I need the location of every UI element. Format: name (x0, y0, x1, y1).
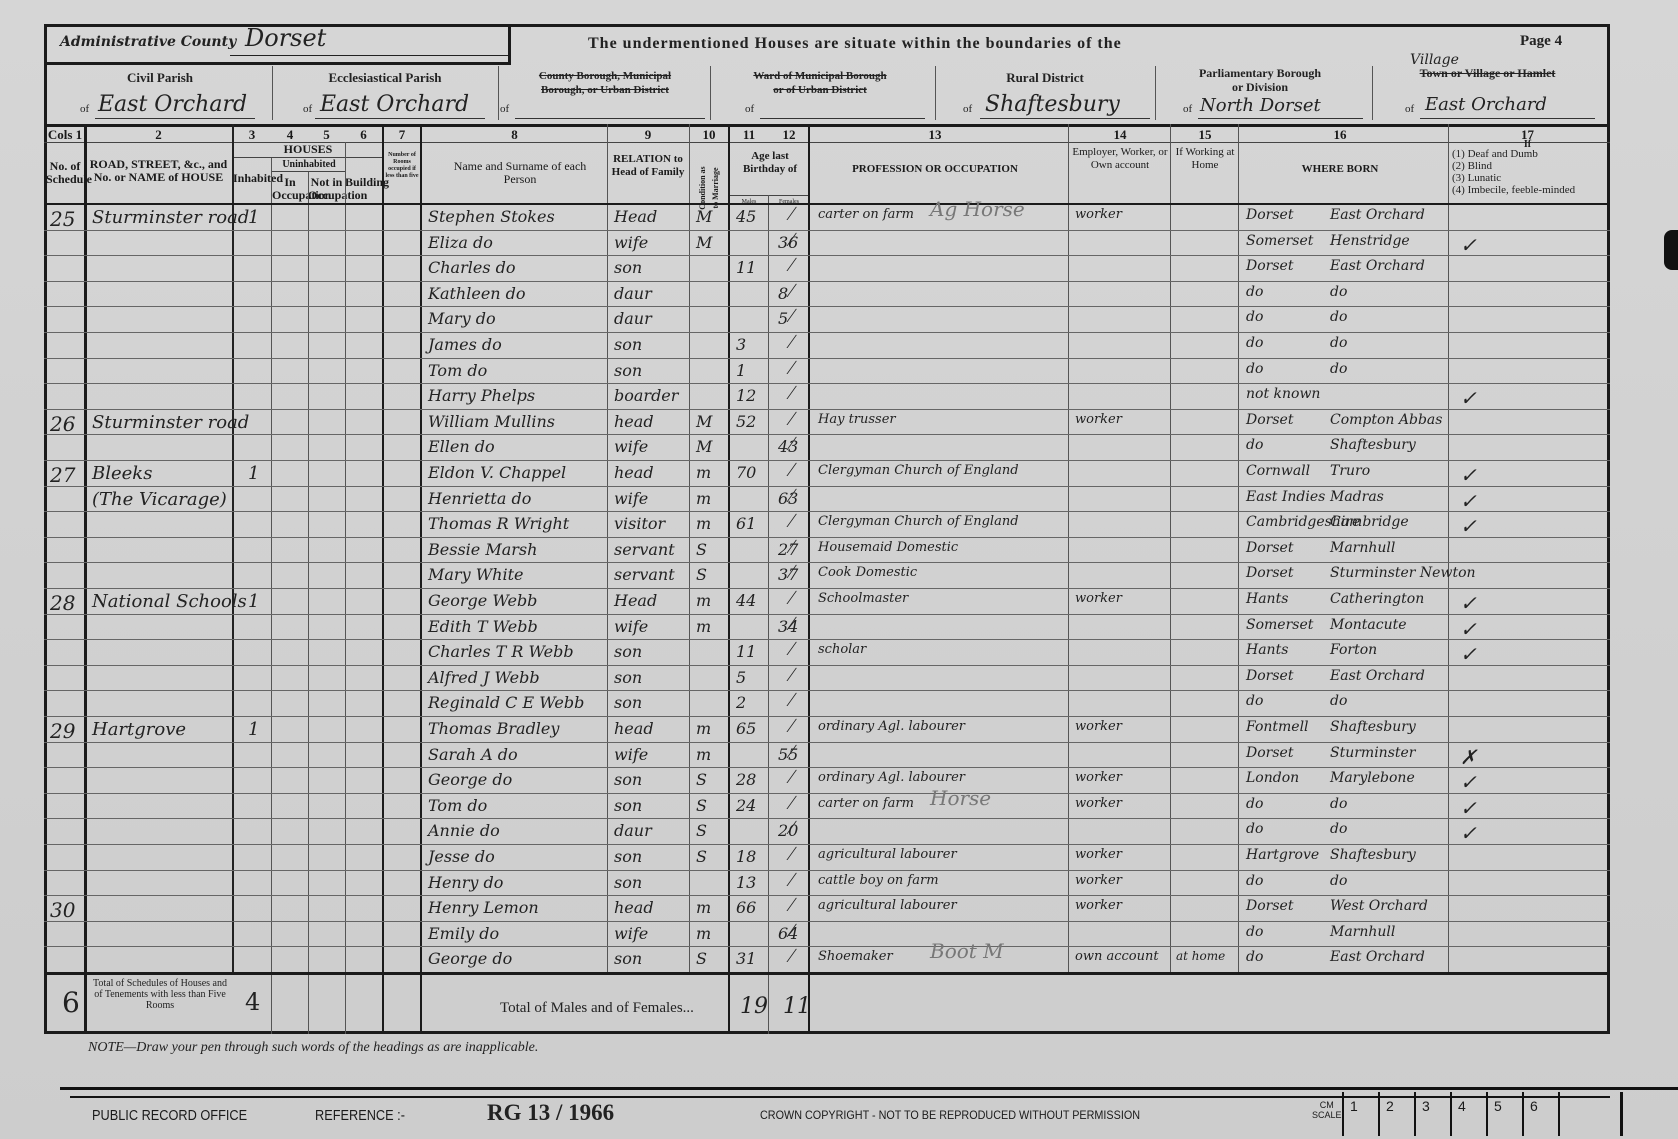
condition-cell: m (696, 591, 726, 610)
parl-label-2: or Division (1165, 80, 1355, 95)
born-place-cell: do (1330, 873, 1448, 889)
relation-cell: son (614, 873, 688, 892)
table-row: Ellen dowifeM43doShaftesbury∕ (0, 435, 1678, 461)
eccl-parish-value: East Orchard (320, 92, 469, 117)
born-place-cell: Sturminster (1330, 745, 1448, 761)
born-county-cell: Dorset (1246, 898, 1341, 914)
civil-parish-value: East Orchard (98, 92, 247, 117)
col-infirmity-header: (1) Deaf and Dumb (2) Blind (3) Lunatic … (1452, 148, 1607, 196)
born-county-cell: Dorset (1246, 745, 1341, 761)
male-age-cell: 13 (736, 873, 766, 892)
name-cell: Charles do (428, 258, 606, 277)
male-age-cell: 65 (736, 719, 766, 738)
relation-cell: daur (614, 284, 688, 303)
born-place-cell: do (1330, 821, 1448, 837)
born-place-cell: Catherington (1330, 591, 1448, 607)
inhabited-cell: 1 (248, 207, 268, 228)
name-cell: Kathleen do (428, 284, 606, 303)
col-occupation-header: PROFESSION OR OCCUPATION (810, 163, 1060, 176)
male-age-cell: 3 (736, 335, 766, 354)
born-place-cell: do (1330, 361, 1448, 377)
tally-mark-icon: ∕ (790, 459, 793, 482)
relation-cell: son (614, 949, 688, 968)
table-row: 30Henry Lemonheadm66agricultural laboure… (0, 896, 1678, 922)
occupation-cell: ordinary Agl. labourer (818, 719, 1063, 734)
of-label: of (500, 103, 509, 115)
name-cell: Sarah A do (428, 745, 606, 764)
name-cell: James do (428, 335, 606, 354)
footer-copyright: CROWN COPYRIGHT - NOT TO BE REPRODUCED W… (760, 1108, 1140, 1122)
occupation-cell: Clergyman Church of England (818, 463, 1063, 478)
born-place-cell: Compton Abbas (1330, 412, 1448, 428)
condition-cell: m (696, 898, 726, 917)
table-row: Charles T R Webbson11scholarHantsForton✓… (0, 640, 1678, 666)
schedule-cell: 27 (50, 463, 78, 487)
relation-cell: son (614, 668, 688, 687)
born-county-cell: Hants (1246, 642, 1341, 658)
col-where-born-header: WHERE BORN (1240, 163, 1440, 176)
admin-county-box-bottom (44, 62, 511, 65)
scale-box: 3 (1414, 1092, 1450, 1136)
col-num-10: 10 (690, 127, 728, 143)
born-place-cell: Madras (1330, 489, 1448, 505)
table-row: Edith T Webbwifem34SomersetMontacute✓∕ (0, 615, 1678, 641)
divider (272, 66, 273, 120)
inhabited-cell: 1 (248, 719, 268, 740)
name-cell: Tom do (428, 796, 606, 815)
table-row: Henry doson13cattle boy on farmworkerdod… (0, 871, 1678, 897)
born-county-cell: London (1246, 770, 1341, 786)
tally-mark-icon: ∕ (790, 203, 793, 226)
eccl-parish-label: Ecclesiastical Parish (285, 70, 485, 86)
relation-cell: wife (614, 924, 688, 943)
tally-mark-icon: ∕ (790, 869, 793, 892)
name-cell: Tom do (428, 361, 606, 380)
address-cell: Hartgrove (92, 719, 232, 740)
occupation-cell: Hay trusser (818, 412, 1063, 427)
born-place-cell: Cambridge (1330, 514, 1448, 530)
employment-cell: worker (1075, 412, 1170, 427)
relation-cell: son (614, 642, 688, 661)
occupation-cell: cattle boy on farm (818, 873, 1063, 888)
underline (1420, 118, 1595, 119)
col-address-header: ROAD, STREET, &c., and No. or NAME of HO… (86, 158, 231, 184)
name-cell: Charles T R Webb (428, 642, 606, 661)
table-row: 29Hartgrove1Thomas Bradleyheadm65ordinar… (0, 717, 1678, 743)
male-age-cell: 11 (736, 258, 766, 277)
male-age-cell: 70 (736, 463, 766, 482)
address-cell: (The Vicarage) (92, 489, 232, 510)
occupation-cell: Clergyman Church of England (818, 514, 1063, 529)
tally-mark-icon: ∕ (790, 510, 793, 533)
relation-cell: head (614, 463, 688, 482)
table-row: Jesse dosonS18agricultural labourerworke… (0, 845, 1678, 871)
relation-cell: visitor (614, 514, 688, 533)
male-age-cell: 44 (736, 591, 766, 610)
born-place-cell: do (1330, 335, 1448, 351)
tally-mark-icon: ∕ (790, 305, 793, 328)
name-cell: Edith T Webb (428, 617, 606, 636)
occupation-cell: agricultural labourer (818, 847, 1063, 862)
born-county-cell: do (1246, 335, 1341, 351)
totals-label: Total of Males and of Females... (500, 1000, 694, 1017)
col-num-8: 8 (422, 127, 607, 143)
condition-cell: S (696, 540, 726, 559)
occupation-annotation: Boot M (930, 939, 1004, 963)
table-row: 25Sturminster road1Stephen StokesHeadM45… (0, 205, 1678, 231)
col-num-13: 13 (810, 127, 1060, 143)
born-county-cell: Hartgrove (1246, 847, 1341, 863)
tally-mark-icon: ∕ (790, 792, 793, 815)
born-county-cell: East Indies (1246, 489, 1341, 505)
col-building-header: Building (345, 176, 382, 189)
employment-cell: worker (1075, 591, 1170, 606)
table-row: (The Vicarage)Henrietta dowifem63East In… (0, 487, 1678, 513)
town-value: East Orchard (1425, 94, 1547, 115)
condition-cell: m (696, 719, 726, 738)
table-row: 28National Schools1George WebbHeadm44Sch… (0, 589, 1678, 615)
occupation-annotation: Ag Horse (930, 197, 1025, 221)
schedule-cell: 28 (50, 591, 78, 615)
county-borough-label-1: County Borough, Municipal (505, 70, 705, 82)
underline (515, 118, 705, 119)
infirmity-option-4: (4) Imbecile, feeble-minded (1452, 184, 1607, 196)
born-county-cell: Cornwall (1246, 463, 1341, 479)
relation-cell: son (614, 258, 688, 277)
employment-cell: worker (1075, 898, 1170, 913)
born-place-cell: do (1330, 693, 1448, 709)
relation-cell: head (614, 898, 688, 917)
born-county-cell: Dorset (1246, 258, 1341, 274)
underline (760, 118, 925, 119)
born-county-cell: do (1246, 693, 1341, 709)
divider (710, 66, 711, 120)
table-row: George dosonS28ordinary Agl. labourerwor… (0, 768, 1678, 794)
of-label: of (80, 103, 89, 115)
footer-reference-label: REFERENCE :- (315, 1107, 405, 1124)
occupation-cell: Housemaid Domestic (818, 540, 1063, 555)
occupation-cell: scholar (818, 642, 1063, 657)
name-cell: Ellen do (428, 437, 606, 456)
infirmity-cell: ✓ (1460, 233, 1500, 257)
col-num-16: 16 (1240, 127, 1440, 143)
male-age-cell: 2 (736, 693, 766, 712)
tally-mark-icon: ∕ (790, 817, 793, 840)
born-place-cell: Henstridge (1330, 233, 1448, 249)
table-row: Bessie MarshservantS27Housemaid Domestic… (0, 538, 1678, 564)
born-county-cell: do (1246, 796, 1341, 812)
total-males: 19 (740, 994, 768, 1019)
infirmity-cell: ✓ (1460, 796, 1500, 820)
infirmity-option-1: (1) Deaf and Dumb (1452, 148, 1607, 160)
admin-county-label: Administrative County (60, 34, 236, 50)
col-num-2: 2 (86, 127, 231, 143)
table-row: Kathleen dodaur8dodo∕ (0, 282, 1678, 308)
footer-office: PUBLIC RECORD OFFICE (92, 1107, 247, 1124)
of-label: of (1405, 103, 1414, 115)
table-row: Alfred J Webbson5DorsetEast Orchard∕ (0, 666, 1678, 692)
schedule-cell: 25 (50, 207, 78, 231)
condition-cell: S (696, 565, 726, 584)
name-cell: George do (428, 949, 606, 968)
name-cell: Emily do (428, 924, 606, 943)
scale-box: 2 (1378, 1092, 1414, 1136)
employment-cell: own account (1075, 949, 1170, 964)
relation-cell: son (614, 335, 688, 354)
male-age-cell: 45 (736, 207, 766, 226)
underline (980, 118, 1150, 119)
table-row: George dosonS31Shoemakerown accountat ho… (0, 947, 1678, 973)
of-label: of (303, 103, 312, 115)
infirmity-cell: ✓ (1460, 591, 1500, 615)
employment-cell: worker (1075, 719, 1170, 734)
born-place-cell: Marnhull (1330, 540, 1448, 556)
tally-mark-icon: ∕ (790, 638, 793, 661)
name-cell: Reginald C E Webb (428, 693, 606, 712)
relation-cell: daur (614, 309, 688, 328)
condition-cell: S (696, 821, 726, 840)
born-place-cell: Shaftesbury (1330, 719, 1448, 735)
address-cell: Bleeks (92, 463, 232, 484)
col-num-7: 7 (384, 127, 420, 143)
male-age-cell: 5 (736, 668, 766, 687)
condition-cell: m (696, 489, 726, 508)
condition-cell: S (696, 949, 726, 968)
name-cell: Mary White (428, 565, 606, 584)
name-cell: Jesse do (428, 847, 606, 866)
table-row: Reginald C E Webbson2dodo∕ (0, 691, 1678, 717)
relation-cell: son (614, 796, 688, 815)
tally-mark-icon: ∕ (790, 766, 793, 789)
cm-scale: 123456 (1342, 1092, 1623, 1139)
relation-cell: servant (614, 565, 688, 584)
relation-cell: wife (614, 617, 688, 636)
col-num-14: 14 (1070, 127, 1170, 143)
scale-box-end (1558, 1092, 1623, 1136)
born-county-cell: do (1246, 821, 1341, 837)
address-cell: Sturminster road (92, 207, 232, 228)
scale-box: 5 (1486, 1092, 1522, 1136)
occupation-cell: Schoolmaster (818, 591, 1063, 606)
table-row: Tom doson1dodo∕ (0, 359, 1678, 385)
tally-mark-icon: ∕ (790, 561, 793, 584)
name-cell: Henry do (428, 873, 606, 892)
col-schedule-header: No. of Schedule (46, 160, 84, 186)
col-num-1: Cols 1 (46, 127, 84, 143)
condition-cell: S (696, 796, 726, 815)
born-place-cell: do (1330, 796, 1448, 812)
total-schedules-label: Total of Schedules of Houses and of Tene… (90, 978, 230, 1011)
born-place-cell: Truro (1330, 463, 1448, 479)
male-age-cell: 66 (736, 898, 766, 917)
of-label: of (963, 103, 972, 115)
scale-label: SCALE (1312, 1110, 1342, 1120)
born-place-cell: Montacute (1330, 617, 1448, 633)
name-cell: Harry Phelps (428, 386, 606, 405)
born-county-cell: do (1246, 309, 1341, 325)
houses-header: HOUSES (233, 143, 383, 156)
address-cell: Sturminster road (92, 412, 232, 433)
name-cell: William Mullins (428, 412, 606, 431)
born-county-cell: do (1246, 924, 1341, 940)
table-row: James doson3dodo∕ (0, 333, 1678, 359)
relation-cell: son (614, 847, 688, 866)
name-cell: Bessie Marsh (428, 540, 606, 559)
born-county-cell: Dorset (1246, 412, 1341, 428)
divider (498, 66, 499, 120)
employment-cell: worker (1075, 770, 1170, 785)
condition-cell: S (696, 847, 726, 866)
underline (95, 118, 255, 119)
infirmity-cell: ✗ (1460, 745, 1500, 769)
relation-cell: wife (614, 437, 688, 456)
inhabited-cell: 1 (248, 463, 268, 484)
infirmity-option-2: (2) Blind (1452, 160, 1607, 172)
divider (935, 66, 936, 120)
table-row: 26Sturminster roadWilliam MullinsheadM52… (0, 410, 1678, 436)
name-cell: George Webb (428, 591, 606, 610)
col-num-12: 12 (770, 127, 808, 143)
born-place-cell: East Orchard (1330, 668, 1448, 684)
totals-top-line (44, 972, 1610, 975)
scale-box: 4 (1450, 1092, 1486, 1136)
col-num-4: 4 (272, 127, 308, 143)
male-age-cell: 1 (736, 361, 766, 380)
total-females: 11 (783, 994, 811, 1019)
county-borough-label-2: Borough, or Urban District (505, 84, 705, 96)
table-row: Thomas R Wrightvisitorm61Clergyman Churc… (0, 512, 1678, 538)
born-place-cell: Marnhull (1330, 924, 1448, 940)
table-row: Charles doson11DorsetEast Orchard∕ (0, 256, 1678, 282)
col-in-occupation-header: In Occupation (272, 176, 308, 202)
relation-cell: head (614, 412, 688, 431)
inhabited-cell: 1 (248, 591, 268, 612)
tally-mark-icon: ∕ (790, 357, 793, 380)
tally-mark-icon: ∕ (790, 229, 793, 252)
rural-district-value: Shaftesbury (985, 92, 1120, 117)
admin-county-box-edge (508, 24, 511, 64)
relation-cell: Head (614, 207, 688, 226)
male-age-cell: 28 (736, 770, 766, 789)
col-rooms-header: Number of Rooms occupied if less than fi… (384, 152, 420, 180)
occupation-cell: agricultural labourer (818, 898, 1063, 913)
tally-mark-icon: ∕ (790, 894, 793, 917)
tally-mark-icon: ∕ (790, 254, 793, 277)
tally-mark-icon: ∕ (790, 689, 793, 712)
col-inhabited-header: Inhabited (233, 172, 271, 185)
occupation-cell: ordinary Agl. labourer (818, 770, 1063, 785)
infirmity-option-3: (3) Lunatic (1452, 172, 1607, 184)
cm-scale-label: CM SCALE (1312, 1100, 1342, 1120)
condition-cell: m (696, 617, 726, 636)
name-cell: Stephen Stokes (428, 207, 606, 226)
condition-cell: m (696, 745, 726, 764)
table-row: Harry Phelpsboarder12not known✓∕ (0, 384, 1678, 410)
born-place-cell: Sturminster Newton (1330, 565, 1448, 581)
condition-cell: M (696, 412, 726, 431)
male-age-cell: 31 (736, 949, 766, 968)
male-age-cell: 12 (736, 386, 766, 405)
table-row: Mary dodaur5dodo∕ (0, 307, 1678, 333)
born-place-cell: Forton (1330, 642, 1448, 658)
schedule-cell: 26 (50, 412, 78, 436)
col-age-header: Age last Birthday of (732, 150, 808, 176)
tally-mark-icon: ∕ (790, 843, 793, 866)
relation-cell: boarder (614, 386, 688, 405)
tally-mark-icon: ∕ (790, 613, 793, 636)
col-not-in-occupation-header: Not in Occupation (308, 176, 345, 202)
name-cell: Annie do (428, 821, 606, 840)
admin-county-underline (230, 55, 510, 56)
occupation-cell: Cook Domestic (818, 565, 1063, 580)
footnote: NOTE—Draw your pen through such words of… (88, 1040, 538, 1056)
infirmity-cell: ✓ (1460, 821, 1500, 845)
relation-cell: son (614, 361, 688, 380)
col-num-6: 6 (345, 127, 382, 143)
name-cell: Thomas Bradley (428, 719, 606, 738)
parl-label-1: Parliamentary Borough (1165, 66, 1355, 81)
tally-mark-icon: ∕ (790, 536, 793, 559)
born-county-cell: do (1246, 361, 1341, 377)
infirmity-cell: ✓ (1460, 642, 1500, 666)
tally-mark-icon: ∕ (790, 587, 793, 610)
born-place-cell: Shaftesbury (1330, 437, 1448, 453)
footer-reference: RG 13 / 1966 (487, 1100, 614, 1126)
born-county-cell: Dorset (1246, 207, 1341, 223)
condition-cell: m (696, 924, 726, 943)
infirmity-cell: ✓ (1460, 386, 1500, 410)
relation-cell: wife (614, 745, 688, 764)
tally-mark-icon: ∕ (790, 331, 793, 354)
divider (1155, 66, 1156, 120)
relation-cell: wife (614, 489, 688, 508)
employment-cell: worker (1075, 873, 1170, 888)
relation-cell: wife (614, 233, 688, 252)
born-county-cell: Dorset (1246, 540, 1341, 556)
born-place-cell: East Orchard (1330, 207, 1448, 223)
male-age-cell: 18 (736, 847, 766, 866)
col-name-header: Name and Surname of each Person (440, 160, 600, 186)
address-cell: National Schools (92, 591, 232, 612)
table-row: Sarah A dowifem55DorsetSturminster✗∕ (0, 743, 1678, 769)
infirmity-cell: ✓ (1460, 617, 1500, 641)
relation-cell: head (614, 719, 688, 738)
name-cell: Henrietta do (428, 489, 606, 508)
condition-cell: S (696, 770, 726, 789)
of-label: of (745, 103, 754, 115)
admin-county-value: Dorset (245, 24, 326, 52)
table-row: Emily dowifem64doMarnhull∕ (0, 922, 1678, 948)
tally-mark-icon: ∕ (790, 433, 793, 456)
condition-cell: M (696, 207, 726, 226)
born-county-cell: do (1246, 949, 1341, 965)
ward-label-2: or of Urban District (720, 84, 920, 96)
born-county-cell: Fontmell (1246, 719, 1341, 735)
name-cell: Mary do (428, 309, 606, 328)
born-place-cell: East Orchard (1330, 258, 1448, 274)
name-cell: Thomas R Wright (428, 514, 606, 533)
table-row: Mary WhiteservantS37Cook DomesticDorsetS… (0, 563, 1678, 589)
infirmity-cell: ✓ (1460, 489, 1500, 513)
total-schedules-count: 6 (62, 986, 80, 1019)
col-num-3: 3 (233, 127, 271, 143)
civil-parish-label: Civil Parish (60, 70, 260, 86)
born-county-cell: do (1246, 437, 1341, 453)
born-place-cell: West Orchard (1330, 898, 1448, 914)
census-page: Administrative County Dorset The underme… (0, 0, 1678, 1139)
ward-label-1: Ward of Municipal Borough (720, 70, 920, 82)
born-place-cell: East Orchard (1330, 949, 1448, 965)
